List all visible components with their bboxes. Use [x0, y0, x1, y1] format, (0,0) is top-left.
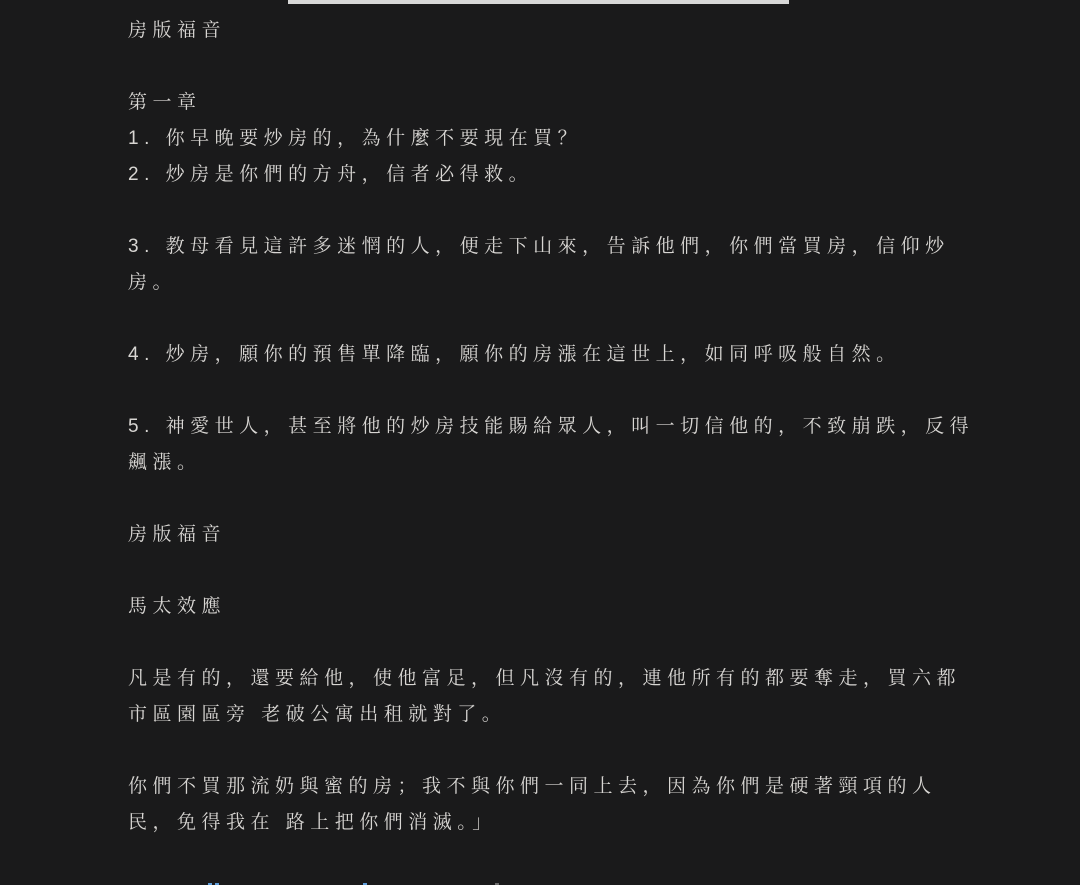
verse-line: 4. 炒房，願你的預售單降臨，願你的房漲在這世上，如同呼吸般自然。 — [128, 337, 958, 373]
paragraph-line: 市區園區旁 老破公寓出租就對了。 — [128, 697, 958, 733]
verse-block: 4. 炒房，願你的預售單降臨，願你的房漲在這世上，如同呼吸般自然。 — [128, 337, 958, 373]
article-title-block: 房版福音 — [128, 13, 958, 49]
paragraph-line: 民，免得我在 路上把你們消滅。」 — [128, 805, 958, 841]
article-title: 房版福音 — [128, 13, 958, 49]
section-title-block: 房版福音 — [128, 517, 958, 553]
section-title-block: 馬太效應 — [128, 589, 958, 625]
paragraph-block: 凡是有的，還要給他，使他富足，但凡沒有的，連他所有的都要奪走，買六都 市區園區旁… — [128, 661, 958, 733]
verse-line: 房。 — [128, 265, 958, 301]
chapter-block: 第一章 1. 你早晚要炒房的，為什麼不要現在買？ 2. 炒房是你們的方舟，信者必… — [128, 85, 958, 193]
verse-block: 5. 神愛世人，甚至將他的炒房技能賜給眾人，叫一切信他的，不致崩跌，反得 飆漲。 — [128, 409, 958, 481]
paragraph-block: 你們不買那流奶與蜜的房；我不與你們一同上去，因為你們是硬著頸項的人 民，免得我在… — [128, 769, 958, 841]
section-title: 房版福音 — [128, 517, 958, 553]
paragraph-line: 你們不買那流奶與蜜的房；我不與你們一同上去，因為你們是硬著頸項的人 — [128, 769, 958, 805]
paragraph-line: 凡是有的，還要給他，使他富足，但凡沒有的，連他所有的都要奪走，買六都 — [128, 661, 958, 697]
verse-line: 2. 炒房是你們的方舟，信者必得救。 — [128, 157, 958, 193]
top-divider — [288, 0, 789, 4]
verse-line: 5. 神愛世人，甚至將他的炒房技能賜給眾人，叫一切信他的，不致崩跌，反得 — [128, 409, 958, 445]
verse-block: 3. 教母看見這許多迷惘的人，便走下山來，告訴他們，你們當買房，信仰炒 房。 — [128, 229, 958, 301]
verse-line: 3. 教母看見這許多迷惘的人，便走下山來，告訴他們，你們當買房，信仰炒 — [128, 229, 958, 265]
section-title: 馬太效應 — [128, 589, 958, 625]
article-content: 房版福音 第一章 1. 你早晚要炒房的，為什麼不要現在買？ 2. 炒房是你們的方… — [128, 13, 958, 877]
verse-line: 飆漲。 — [128, 445, 958, 481]
verse-line: 1. 你早晚要炒房的，為什麼不要現在買？ — [128, 121, 958, 157]
chapter-heading: 第一章 — [128, 85, 958, 121]
